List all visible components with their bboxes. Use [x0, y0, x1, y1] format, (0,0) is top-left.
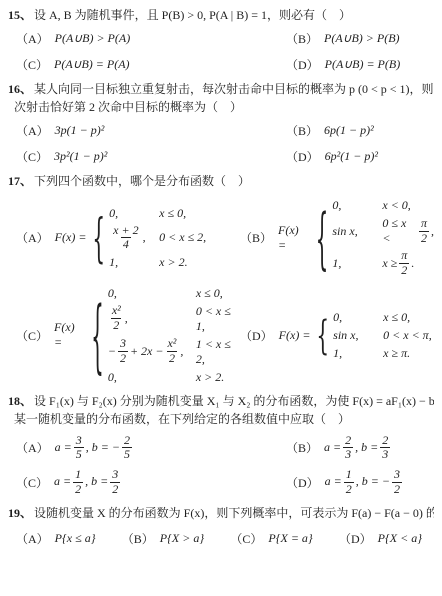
option-label: （A） [16, 30, 49, 47]
stem-text: 设 F₁(x) 与 F₂(x) 分别为随机变量 X₁ 与 X₂ 的分布函数，为使… [34, 394, 434, 408]
piece-expr: x + 24, [109, 224, 159, 253]
function-lhs: F(x) = [54, 320, 85, 350]
fraction-numerator: 3 [118, 337, 128, 351]
piecewise-row: −32+ 2x −x²2, 1 < x ≤ 2, [108, 337, 240, 367]
piece-cond: 0 < x < π, [383, 328, 432, 343]
q16-option-a: （A） 3p(1 − p)² [16, 122, 286, 139]
option-label: （B） [240, 229, 272, 246]
math-run: a = [325, 474, 342, 488]
fraction-numerator: 2 [343, 434, 353, 448]
question-16-options: （A） 3p(1 − p)² （B） 6p(1 − p)² （C） 3p²(1 … [8, 122, 434, 165]
piecewise-row: sin x, 0 < x < π, [333, 328, 432, 343]
question-number: 17、 [8, 174, 32, 188]
q17-option-b: （B） F(x) = { 0, x < 0, sin x, 0 ≤ x <π2,… [240, 198, 434, 278]
piecewise-row: 0, x < 0, [332, 198, 434, 213]
fraction-numerator: 3 [392, 468, 402, 482]
stem-text: 次射击恰好第 2 次命中目标的概率为（ ） [14, 100, 242, 114]
option-formula: P{X < a} [378, 531, 422, 546]
q19-option-c: （C） P{X = a} [230, 530, 312, 547]
piecewise-rows: 0, x ≤ 0, x²2, 0 < x ≤ 1, −32+ 2x −x²2, … [108, 286, 240, 385]
piece-cond: x ≤ 0, [196, 286, 223, 301]
fraction-denominator: 2 [344, 482, 354, 497]
math-run: , b = [85, 474, 108, 488]
option-label: （D） [339, 530, 372, 547]
q19-option-b: （B） P{X > a} [122, 530, 204, 547]
fraction-numerator: 2 [380, 434, 390, 448]
fraction-numerator: x² [110, 304, 123, 318]
option-formula: P(A∪B) = P(A) [54, 57, 130, 72]
q16-option-b: （B） 6p(1 − p)² [286, 122, 434, 139]
piecewise-row: x²2, 0 < x ≤ 1, [108, 304, 240, 334]
fraction-denominator: 5 [122, 447, 132, 462]
option-formula: P{X = a} [268, 531, 312, 546]
piece-cond: 1 < x ≤ 2, [196, 337, 240, 367]
option-formula: 6p(1 − p)² [324, 123, 374, 138]
piecewise-rows: 0, x ≤ 0, x + 24, 0 < x ≤ 2, 1, x > 2. [109, 206, 206, 271]
fraction-denominator: 3 [343, 447, 353, 462]
fraction: 32 [110, 468, 120, 497]
q18-option-d: （D） a =12, b = −32 [286, 468, 434, 497]
fraction-numerator: x + 2 [111, 224, 140, 238]
math-run: , b = − [356, 474, 390, 488]
fraction-denominator: 2 [419, 231, 429, 246]
piece-expr: 1, [333, 346, 383, 361]
option-label: （B） [286, 439, 318, 456]
question-17-stem: 17、下列四个函数中，哪个是分布函数（ ） [8, 172, 434, 190]
q18-option-b: （B） a =23, b =23 [286, 434, 434, 463]
piecewise-rows: 0, x < 0, sin x, 0 ≤ x <π2, 1, x ≥π2. [332, 198, 434, 278]
option-label: （A） [16, 439, 49, 456]
fraction: x²2 [165, 337, 178, 366]
exam-page: 15、设 A, B 为随机事件，且 P(B) > 0, P(A | B) = 1… [0, 0, 442, 596]
math-run: , [143, 230, 146, 245]
piecewise-brace: { [316, 205, 329, 271]
fraction-numerator: 1 [344, 468, 354, 482]
piecewise-row: 0, x > 2. [108, 370, 240, 385]
fraction-denominator: 5 [74, 447, 84, 462]
option-formula: 3p²(1 − p)² [54, 149, 107, 164]
option-label: （C） [16, 327, 48, 344]
piece-expr: 0, [332, 198, 382, 213]
q19-option-d: （D） P{X < a} [339, 530, 422, 547]
option-label: （D） [286, 148, 319, 165]
function-lhs: F(x) = [55, 230, 87, 245]
fraction: π2 [399, 249, 409, 278]
question-16-stem-line2: 次射击恰好第 2 次命中目标的概率为（ ） [8, 98, 434, 116]
fraction: 32 [392, 468, 402, 497]
piecewise-brace: { [316, 315, 329, 355]
option-formula: a =12, b =32 [54, 468, 122, 497]
question-17: 17、下列四个函数中，哪个是分布函数（ ） （A） F(x) = { 0, x … [8, 172, 434, 385]
piece-expr: −32+ 2x −x²2, [108, 337, 196, 366]
fraction-denominator: 2 [118, 351, 128, 366]
q18-option-a: （A） a =35, b = −25 [16, 434, 286, 463]
question-19-options: （A） P{x ≤ a} （B） P{X > a} （C） P{X = a} （… [8, 530, 434, 547]
piecewise-row: x + 24, 0 < x ≤ 2, [109, 224, 206, 253]
question-18: 18、设 F₁(x) 与 F₂(x) 分别为随机变量 X₁ 与 X₂ 的分布函数… [8, 392, 434, 497]
math-run: − [108, 344, 116, 359]
option-label: （C） [16, 148, 48, 165]
math-run: , [180, 344, 183, 359]
option-label: （A） [16, 530, 49, 547]
option-formula: a =12, b = −32 [325, 468, 404, 497]
piece-expr: sin x, [333, 328, 383, 343]
piece-expr: x²2, [108, 304, 196, 333]
question-number: 16、 [8, 82, 32, 96]
q15-option-a: （A） P(A∪B) > P(A) [16, 30, 286, 47]
piece-cond: x < 0, [382, 198, 410, 213]
fraction: 12 [73, 468, 83, 497]
question-17-options-row1: （A） F(x) = { 0, x ≤ 0, x + 24, 0 < x ≤ 2… [8, 198, 434, 278]
fraction-denominator: 4 [121, 237, 131, 252]
q19-option-a: （A） P{x ≤ a} [16, 530, 96, 547]
piece-cond: x ≥ π. [383, 346, 410, 361]
piecewise-row: 1, x ≥π2. [332, 249, 434, 278]
piece-expr: 0, [108, 370, 196, 385]
piecewise-row: 1, x > 2. [109, 255, 206, 270]
math-run: , b = [355, 440, 378, 454]
fraction: 25 [122, 434, 132, 463]
option-formula: a =23, b =23 [324, 434, 392, 463]
fraction: 35 [74, 434, 84, 463]
math-run: , [431, 224, 434, 239]
question-16: 16、某人向同一目标独立重复射击，每次射击命中目标的概率为 p (0 < p <… [8, 80, 434, 165]
fraction-denominator: 2 [392, 482, 402, 497]
math-run: , [125, 311, 128, 326]
option-formula: a =35, b = −25 [55, 434, 134, 463]
fraction-numerator: 2 [122, 434, 132, 448]
question-15: 15、设 A, B 为随机事件，且 P(B) > 0, P(A | B) = 1… [8, 6, 434, 73]
piece-cond: 0 < x ≤ 2, [159, 230, 206, 245]
fraction-denominator: 2 [167, 351, 177, 366]
q16-option-c: （C） 3p²(1 − p)² [16, 148, 286, 165]
fraction-denominator: 2 [73, 482, 83, 497]
fraction: π2 [419, 217, 429, 246]
math-run: a = [324, 440, 341, 454]
piecewise-rows: 0, x ≤ 0, sin x, 0 < x < π, 1, x ≥ π. [333, 310, 432, 361]
piece-cond: x ≤ 0, [383, 310, 410, 325]
option-formula: P(A∪B) > P(B) [324, 31, 400, 46]
option-label: （A） [16, 229, 49, 246]
question-18-stem-line1: 18、设 F₁(x) 与 F₂(x) 分别为随机变量 X₁ 与 X₂ 的分布函数… [8, 392, 434, 410]
q17-option-c: （C） F(x) = { 0, x ≤ 0, x²2, 0 < x ≤ 1, [16, 286, 240, 385]
option-label: （D） [286, 474, 319, 491]
math-run: a = [55, 440, 72, 454]
option-label: （C） [16, 56, 48, 73]
math-run: a = [54, 474, 71, 488]
question-18-stem-line2: 某一随机变量的分布函数，在下列给定的各组数值中应取（ ） [8, 410, 434, 428]
piece-expr: 1, [332, 256, 382, 271]
stem-text: 某一随机变量的分布函数，在下列给定的各组数值中应取（ ） [14, 412, 350, 426]
function-lhs: F(x) = [278, 223, 310, 253]
fraction-numerator: π [399, 249, 409, 263]
piece-expr: sin x, [332, 224, 382, 239]
fraction-numerator: π [419, 217, 429, 231]
option-label: （B） [122, 530, 154, 547]
math-run: , b = − [86, 440, 120, 454]
math-run: + 2x − [130, 344, 164, 359]
fraction-denominator: 2 [111, 318, 121, 333]
piecewise-row: 0, x ≤ 0, [108, 286, 240, 301]
q16-option-d: （D） 6p²(1 − p)² [286, 148, 434, 165]
piece-cond: x > 2. [196, 370, 224, 385]
fraction: x + 24 [111, 224, 140, 253]
piecewise-brace: { [92, 212, 105, 264]
piecewise-row: 0, x ≤ 0, [109, 206, 206, 221]
question-number: 19、 [8, 506, 32, 520]
option-formula: P{X > a} [160, 531, 204, 546]
q15-option-b: （B） P(A∪B) > P(B) [286, 30, 434, 47]
option-label: （B） [286, 30, 318, 47]
stem-text: 下列四个函数中，哪个是分布函数（ ） [34, 174, 250, 188]
option-formula: 3p(1 − p)² [55, 123, 105, 138]
fraction: x²2 [110, 304, 123, 333]
piece-cond: x ≥π2. [382, 249, 414, 278]
question-number: 15、 [8, 8, 32, 22]
q15-option-c: （C） P(A∪B) = P(A) [16, 56, 286, 73]
piece-expr: 0, [108, 286, 196, 301]
option-formula: P(A∪B) > P(A) [55, 31, 131, 46]
option-label: （C） [230, 530, 262, 547]
q17-option-a: （A） F(x) = { 0, x ≤ 0, x + 24, 0 < x ≤ 2… [16, 206, 240, 271]
piecewise-row: 0, x ≤ 0, [333, 310, 432, 325]
fraction: 23 [380, 434, 390, 463]
q17-option-d: （D） F(x) = { 0, x ≤ 0, sin x, 0 < x < π,… [240, 310, 434, 361]
fraction-denominator: 2 [110, 482, 120, 497]
piecewise-row: 1, x ≥ π. [333, 346, 432, 361]
stem-text: 某人向同一目标独立重复射击，每次射击命中目标的概率为 p (0 < p < 1)… [34, 82, 434, 96]
fraction-denominator: 3 [380, 447, 390, 462]
question-16-stem-line1: 16、某人向同一目标独立重复射击，每次射击命中目标的概率为 p (0 < p <… [8, 80, 434, 98]
piece-expr: 0, [333, 310, 383, 325]
question-18-options: （A） a =35, b = −25 （B） a =23, b =23 （C） … [8, 434, 434, 497]
piece-cond: 0 < x ≤ 1, [196, 304, 240, 334]
piece-cond: 0 ≤ x <π2, [382, 216, 434, 246]
option-label: （D） [240, 327, 273, 344]
question-15-options: （A） P(A∪B) > P(A) （B） P(A∪B) > P(B) （C） … [8, 30, 434, 73]
math-run: x ≥ [382, 256, 397, 271]
piece-cond: x > 2. [159, 255, 187, 270]
piecewise-brace: { [91, 295, 104, 375]
math-run: 0 ≤ x < [382, 216, 417, 246]
fraction-denominator: 2 [399, 263, 409, 278]
option-label: （D） [286, 56, 319, 73]
q18-option-c: （C） a =12, b =32 [16, 468, 286, 497]
fraction-numerator: x² [165, 337, 178, 351]
fraction-numerator: 3 [74, 434, 84, 448]
option-formula: P{x ≤ a} [55, 531, 96, 546]
fraction-numerator: 3 [110, 468, 120, 482]
piece-expr: 1, [109, 255, 159, 270]
question-15-stem: 15、设 A, B 为随机事件，且 P(B) > 0, P(A | B) = 1… [8, 6, 434, 24]
piece-expr: 0, [109, 206, 159, 221]
stem-text: 设 A, B 为随机事件，且 P(B) > 0, P(A | B) = 1，则必… [34, 8, 351, 22]
fraction-numerator: 1 [73, 468, 83, 482]
question-19-stem: 19、设随机变量 X 的分布函数为 F(x)，则下列概率中，可表示为 F(a) … [8, 504, 434, 522]
option-label: （C） [16, 474, 48, 491]
option-label: （A） [16, 122, 49, 139]
question-number: 18、 [8, 394, 32, 408]
q15-option-d: （D） P(A∪B) = P(B) [286, 56, 434, 73]
fraction: 12 [344, 468, 354, 497]
function-lhs: F(x) = [279, 328, 311, 343]
fraction: 23 [343, 434, 353, 463]
fraction: 32 [118, 337, 128, 366]
piece-cond: x ≤ 0, [159, 206, 186, 221]
math-run: . [411, 256, 414, 271]
option-formula: P(A∪B) = P(B) [325, 57, 401, 72]
stem-text: 设随机变量 X 的分布函数为 F(x)，则下列概率中，可表示为 F(a) − F… [34, 506, 434, 520]
question-19: 19、设随机变量 X 的分布函数为 F(x)，则下列概率中，可表示为 F(a) … [8, 504, 434, 547]
option-formula: 6p²(1 − p)² [325, 149, 378, 164]
option-label: （B） [286, 122, 318, 139]
piecewise-row: sin x, 0 ≤ x <π2, [332, 216, 434, 246]
question-17-options-row2: （C） F(x) = { 0, x ≤ 0, x²2, 0 < x ≤ 1, [8, 286, 434, 385]
